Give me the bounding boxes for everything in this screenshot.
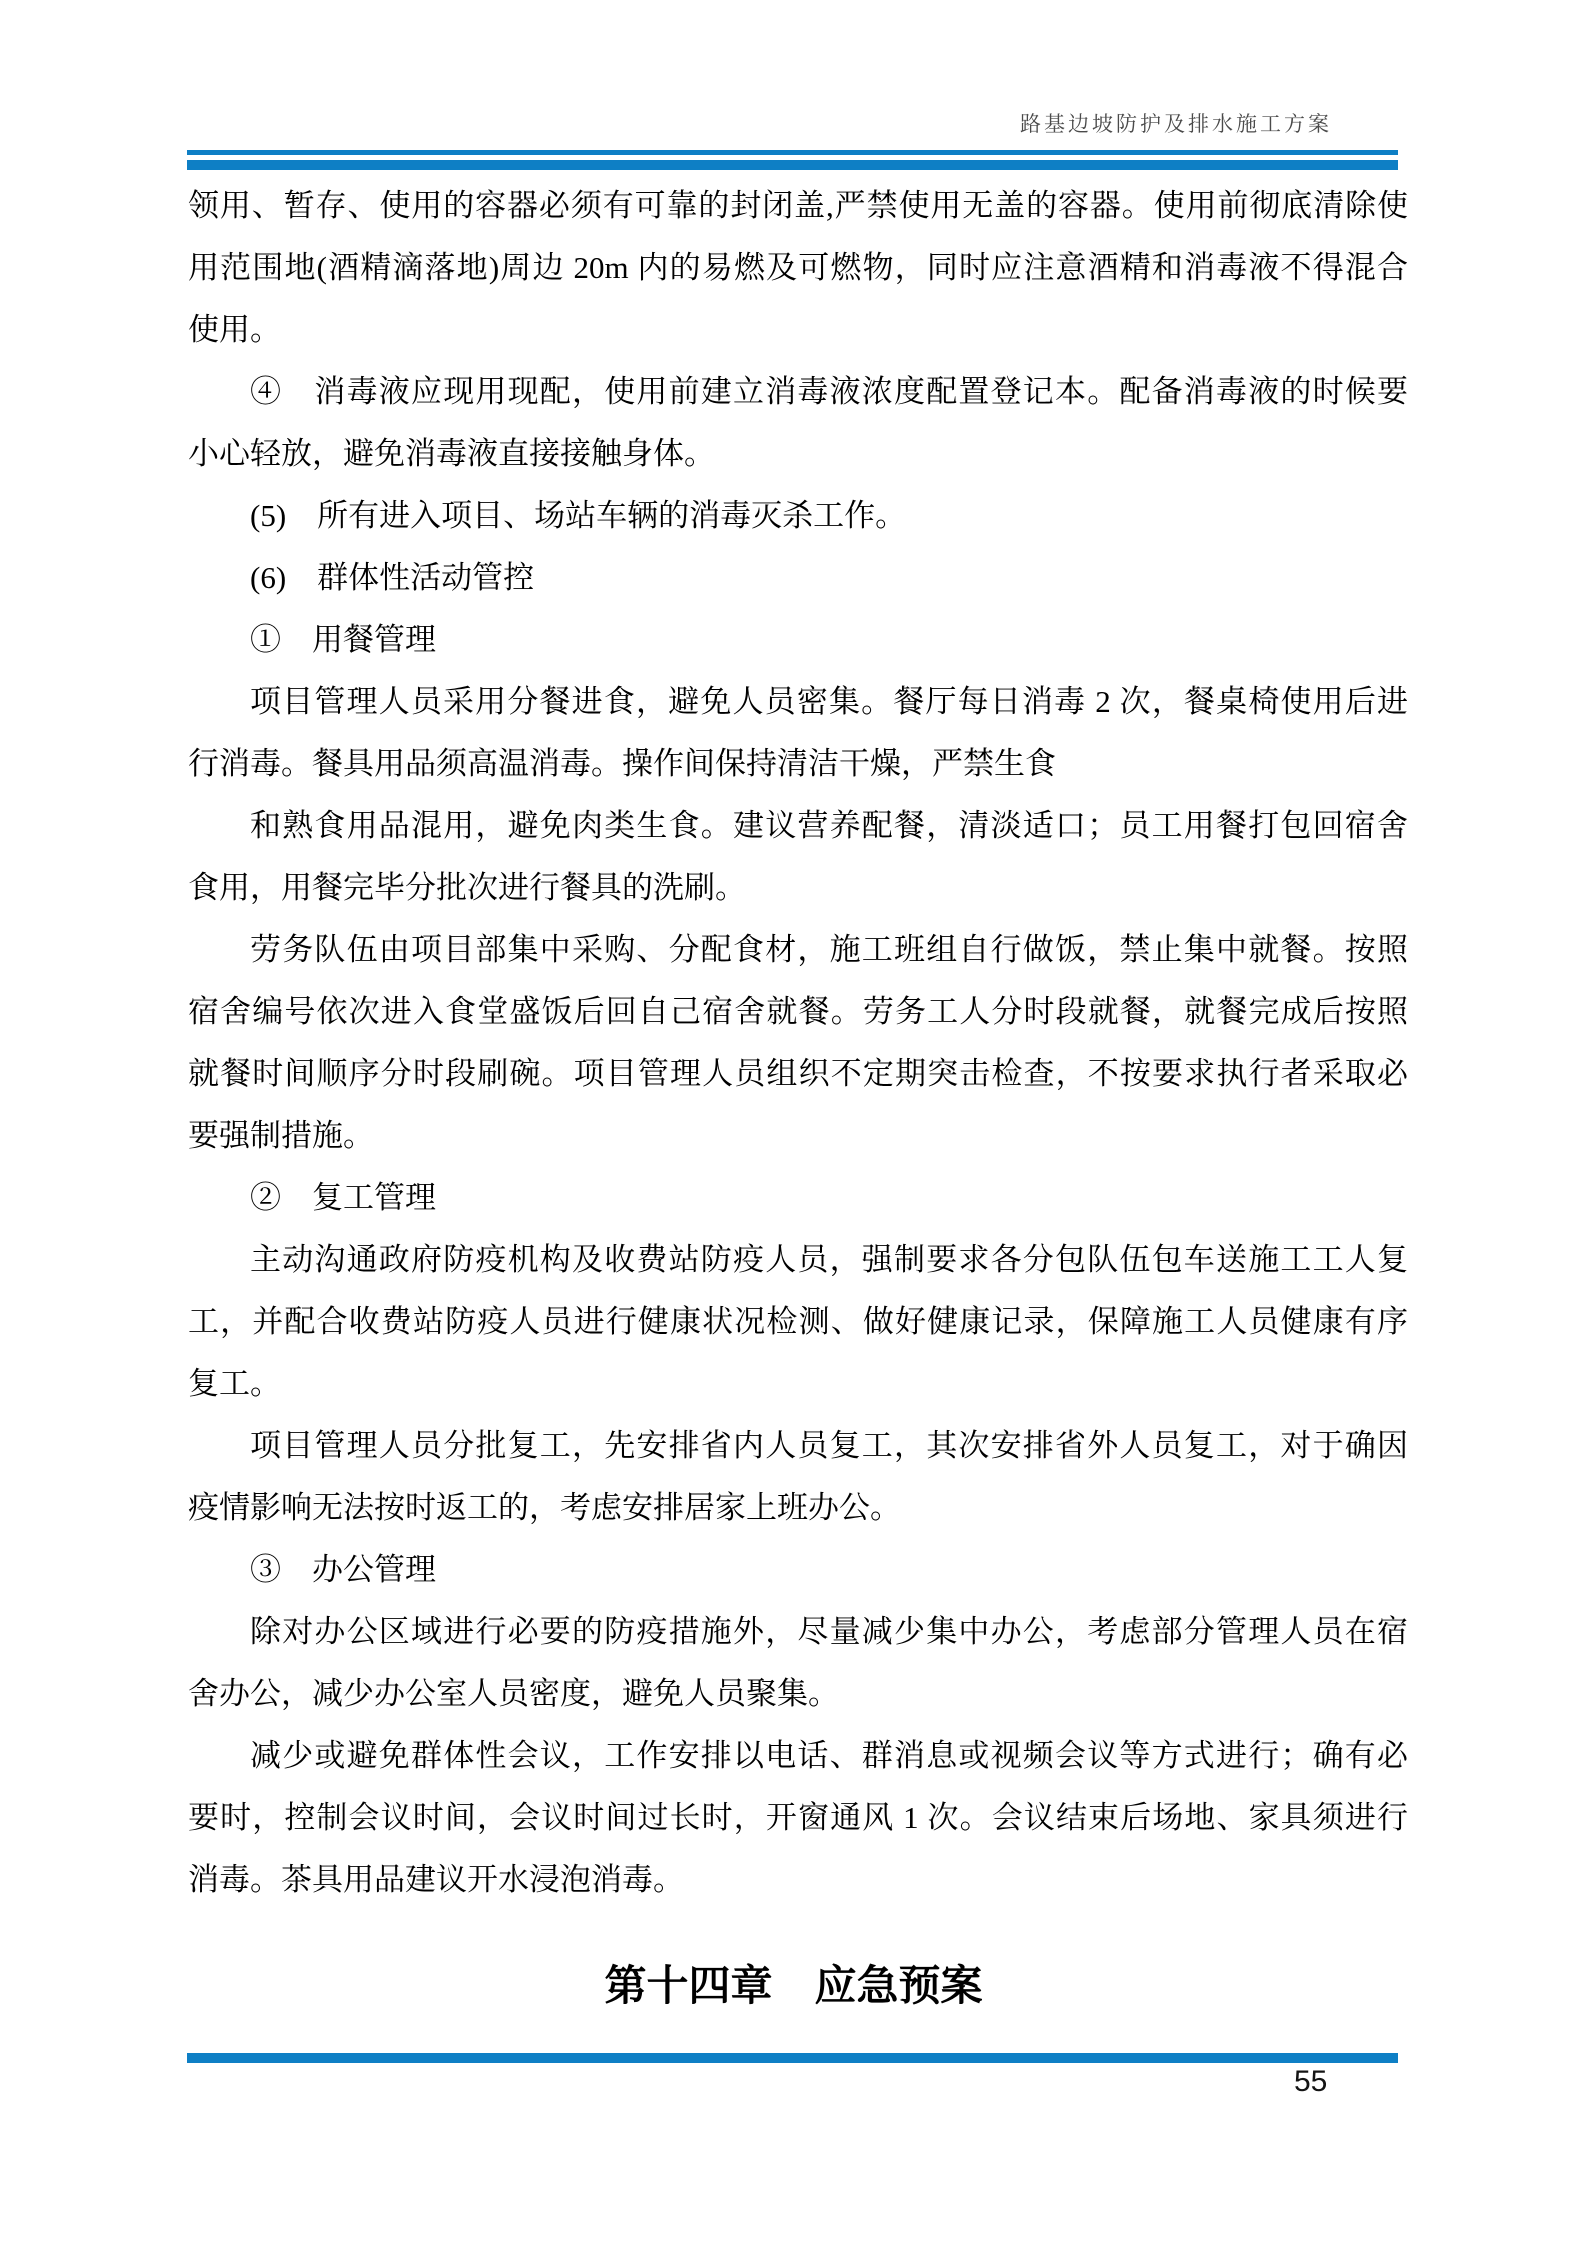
body-line: 主动沟通政府防疫机构及收费站防疫人员，强制要求各分包队伍包车送施工工人复: [188, 1229, 1408, 1291]
body-line: 宿舍编号依次进入食堂盛饭后回自己宿舍就餐。劳务工人分时段就餐，就餐完成后按照: [188, 981, 1408, 1043]
document-body: 领用、暂存、使用的容器必须有可靠的封闭盖,严禁使用无盖的容器。使用前彻底清除使用…: [188, 175, 1408, 1911]
body-line: 复工。: [188, 1353, 1408, 1415]
header-rule-thick: [187, 160, 1398, 170]
body-line: 除对办公区域进行必要的防疫措施外，尽量减少集中办公，考虑部分管理人员在宿: [188, 1601, 1408, 1663]
body-line: (6) 群体性活动管控: [188, 547, 1408, 609]
body-line: 劳务队伍由项目部集中采购、分配食材，施工班组自行做饭，禁止集中就餐。按照: [188, 919, 1408, 981]
body-line: 行消毒。餐具用品须高温消毒。操作间保持清洁干燥，严禁生食: [188, 733, 1408, 795]
body-line: 项目管理人员采用分餐进食，避免人员密集。餐厅每日消毒 2 次，餐桌椅使用后进: [188, 671, 1408, 733]
body-line: 领用、暂存、使用的容器必须有可靠的封闭盖,严禁使用无盖的容器。使用前彻底清除使: [188, 175, 1408, 237]
body-line: 减少或避免群体性会议，工作安排以电话、群消息或视频会议等方式进行；确有必: [188, 1725, 1408, 1787]
chapter-heading: 第十四章 应急预案: [0, 1945, 1587, 2030]
body-line: 舍办公，减少办公室人员密度，避免人员聚集。: [188, 1663, 1408, 1725]
body-line: 食用，用餐完毕分批次进行餐具的洗刷。: [188, 857, 1408, 919]
body-line: (5) 所有进入项目、场站车辆的消毒灭杀工作。: [188, 485, 1408, 547]
page-number: 55: [1294, 2066, 1327, 2098]
body-line: 用范围地(酒精滴落地)周边 20m 内的易燃及可燃物，同时应注意酒精和消毒液不得…: [188, 237, 1408, 299]
body-line: 消毒。茶具用品建议开水浸泡消毒。: [188, 1849, 1408, 1911]
body-line: 疫情影响无法按时返工的，考虑安排居家上班办公。: [188, 1477, 1408, 1539]
body-line: 要时，控制会议时间，会议时间过长时，开窗通风 1 次。会议结束后场地、家具须进行: [188, 1787, 1408, 1849]
header-title: 路基边坡防护及排水施工方案: [1020, 104, 1332, 144]
body-line: 要强制措施。: [188, 1105, 1408, 1167]
body-line: 工，并配合收费站防疫人员进行健康状况检测、做好健康记录，保障施工人员健康有序: [188, 1291, 1408, 1353]
body-line: ④ 消毒液应现用现配，使用前建立消毒液浓度配置登记本。配备消毒液的时候要: [188, 361, 1408, 423]
body-line: 就餐时间顺序分时段刷碗。项目管理人员组织不定期突击检查，不按要求执行者采取必: [188, 1043, 1408, 1105]
header-rule-thin: [187, 150, 1398, 155]
body-line: 小心轻放，避免消毒液直接接触身体。: [188, 423, 1408, 485]
body-line: 和熟食用品混用，避免肉类生食。建议营养配餐，清淡适口；员工用餐打包回宿舍: [188, 795, 1408, 857]
document-page: 路基边坡防护及排水施工方案 领用、暂存、使用的容器必须有可靠的封闭盖,严禁使用无…: [0, 0, 1587, 2245]
body-line: ③ 办公管理: [188, 1539, 1408, 1601]
body-line: 项目管理人员分批复工，先安排省内人员复工，其次安排省外人员复工，对于确因: [188, 1415, 1408, 1477]
body-line: ② 复工管理: [188, 1167, 1408, 1229]
body-line: ① 用餐管理: [188, 609, 1408, 671]
footer-rule: [187, 2053, 1398, 2063]
body-line: 使用。: [188, 299, 1408, 361]
